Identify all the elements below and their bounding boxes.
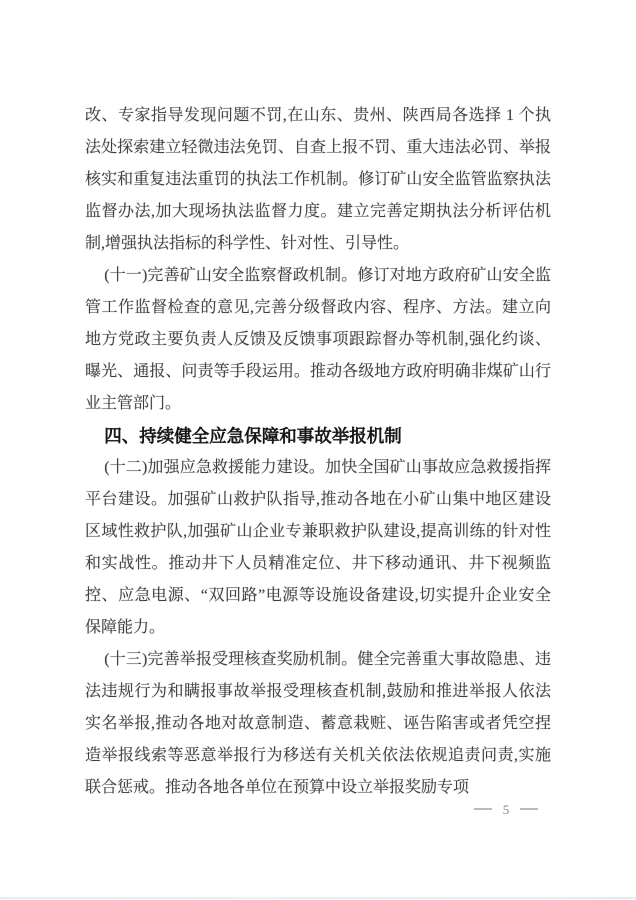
page-number-value: 5 (503, 803, 510, 816)
page-number-dash-right-icon (520, 808, 538, 810)
document-page: 改、专家指导发现问题不罚,在山东、贵州、陕西局各选择 1 个执法处探索建立轻微违… (0, 0, 636, 900)
page-number: 5 (474, 801, 538, 817)
document-body: 改、专家指导发现问题不罚,在山东、贵州、陕西局各选择 1 个执法处探索建立轻微违… (85, 100, 551, 804)
paragraph-item-11: (十一)完善矿山安全监察督政机制。修订对地方政府矿山安全监管工作监督检查的意见,… (85, 260, 551, 420)
section-heading: 四、持续健全应急保障和事故举报机制 (85, 420, 551, 452)
page-number-dash-left-icon (474, 808, 492, 810)
paragraph-item-13: (十三)完善举报受理核查奖励机制。健全完善重大事故隐患、违法违规行为和瞒报事故举… (85, 644, 551, 804)
paragraph-continuation: 改、专家指导发现问题不罚,在山东、贵州、陕西局各选择 1 个执法处探索建立轻微违… (85, 100, 551, 260)
paragraph-item-12: (十二)加强应急救援能力建设。加快全国矿山事故应急救援指挥平台建设。加强矿山救护… (85, 452, 551, 644)
scan-bottom-edge (0, 897, 636, 899)
